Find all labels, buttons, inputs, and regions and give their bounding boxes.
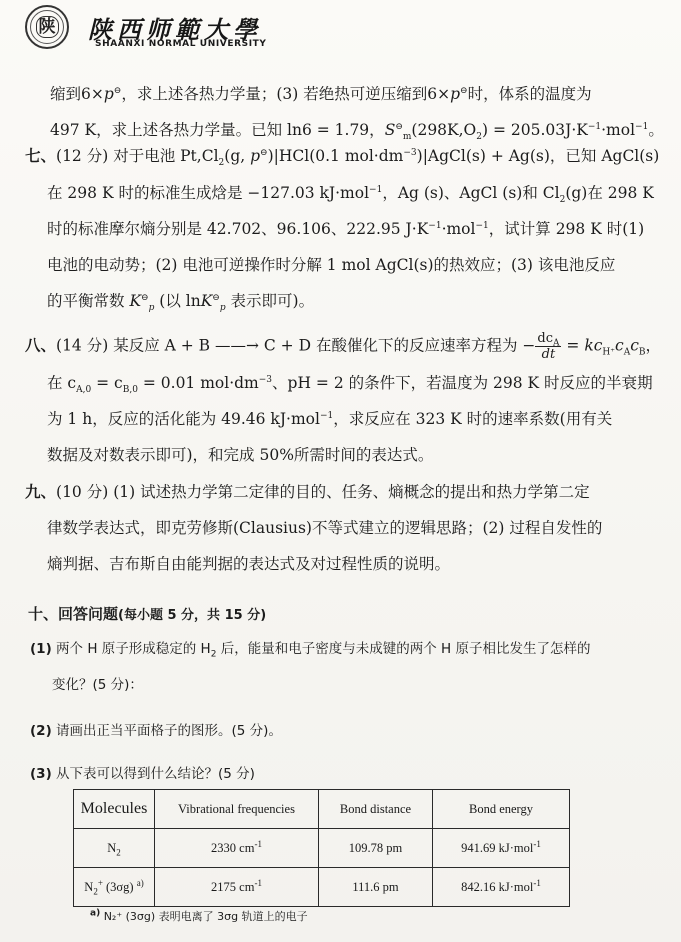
column-header-vibrational-frequencies: Vibrational frequencies [155,790,319,829]
seal-character: 陕 [36,16,59,38]
molecule-data-table: Molecules Vibrational frequencies Bond d… [73,789,570,907]
table-row: N2+ (3σg) a) 2175 cm-1 111.6 pm 842.16 k… [74,868,570,907]
q7-line-4: 电池的电动势；(2) 电池可逆操作时分解 1 mol AgCl(s)的热效应；(… [47,255,615,275]
q10-sub3: (3) 从下表可以得到什么结论？(5 分) [30,764,255,784]
cell-bond-energy: 941.69 kJ·mol-1 [433,829,570,868]
q8-line-4: 数据及对数表示即可)，和完成 50%所需时间的表达式。 [47,445,433,465]
question-number: 八、 [25,336,56,355]
q8-line-2: 在 cA,0 = cB,0 = 0.01 mol·dm−3、pH = 2 的条件… [47,373,653,393]
q10-heading: 十、回答问题(每小题 5 分，共 15 分) [28,604,266,626]
q7-line-5: 的平衡常数 K⊖p (以 lnK⊖p 表示即可)。 [47,291,314,311]
column-header-molecules: Molecules [74,790,155,829]
cell-bond-distance: 109.78 pm [319,829,433,868]
question-points: (10 分) [56,483,108,501]
q6-line-2: 497 K，求上述各热力学量。已知 ln6 = 1.79，S⊖m(298K,O2… [50,120,664,140]
column-header-bond-energy: Bond energy [433,790,570,829]
exam-page: 陕 陕西师範大學 SHAANXI NORMAL UNIVERSITY 缩到6×p… [0,0,681,942]
table-row: N2 2330 cm-1 109.78 pm 941.69 kJ·mol-1 [74,829,570,868]
q7-line-1: 七、(12 分) 对于电池 Pt,Cl2(g, p⊖)|HCl(0.1 mol·… [25,146,659,166]
q9-line-3: 熵判据、吉布斯自由能判据的表达式及对过程性质的说明。 [47,554,450,574]
cell-molecule: N2 [74,829,155,868]
q8-line-1: 八、(14 分) 某反应 A + B ——→ C + D 在酸催化下的反应速率方… [25,331,661,362]
q9-line-2: 律数学表达式，即克劳修斯(Clausius)不等式建立的逻辑思路；(2) 过程自… [47,518,602,538]
cell-bond-distance: 111.6 pm [319,868,433,907]
q9-line-1: 九、(10 分) (1) 试述热力学第二定律的目的、任务、熵概念的提出和热力学第… [25,482,590,502]
q10-sub2: (2) 请画出正当平面格子的图形。(5 分)。 [30,721,282,741]
university-seal-logo: 陕 [25,5,69,49]
question-number: 七、 [25,146,56,165]
question-points: (14 分) [56,337,108,355]
q7-line-2: 在 298 K 时的标准生成焓是 −127.03 kJ·mol−1，Ag (s)… [47,183,654,203]
cell-frequency: 2330 cm-1 [155,829,319,868]
q7-line-3: 时的标准摩尔熵分别是 42.702、96.106、222.95 J·K−1·mo… [47,219,644,239]
q8-line-3: 为 1 h，反应的活化能为 49.46 kJ·mol−1，求反应在 323 K … [47,409,612,429]
column-header-bond-distance: Bond distance [319,790,433,829]
q10-sub1-line-2: 变化？(5 分)： [52,675,143,695]
cell-bond-energy: 842.16 kJ·mol-1 [433,868,570,907]
cell-frequency: 2175 cm-1 [155,868,319,907]
q6-line-1: 缩到6×p⊖，求上述各热力学量；(3) 若绝热可逆压缩到6×p⊖时，体系的温度为 [50,84,592,104]
table-header-row: Molecules Vibrational frequencies Bond d… [74,790,570,829]
university-name-en: SHAANXI NORMAL UNIVERSITY [95,39,267,49]
q10-sub1-line-1: (1) 两个 H 原子形成稳定的 H2 后，能量和电子密度与未成键的两个 H 原… [30,639,590,659]
table-footnote: a) N₂⁺ (3σg) 表明电离了 3σg 轨道上的电子 [90,908,308,924]
question-points: (12 分) [56,147,108,165]
question-number: 九、 [25,482,56,501]
cell-molecule: N2+ (3σg) a) [74,868,155,907]
rate-fraction: dcAdt [535,331,561,362]
